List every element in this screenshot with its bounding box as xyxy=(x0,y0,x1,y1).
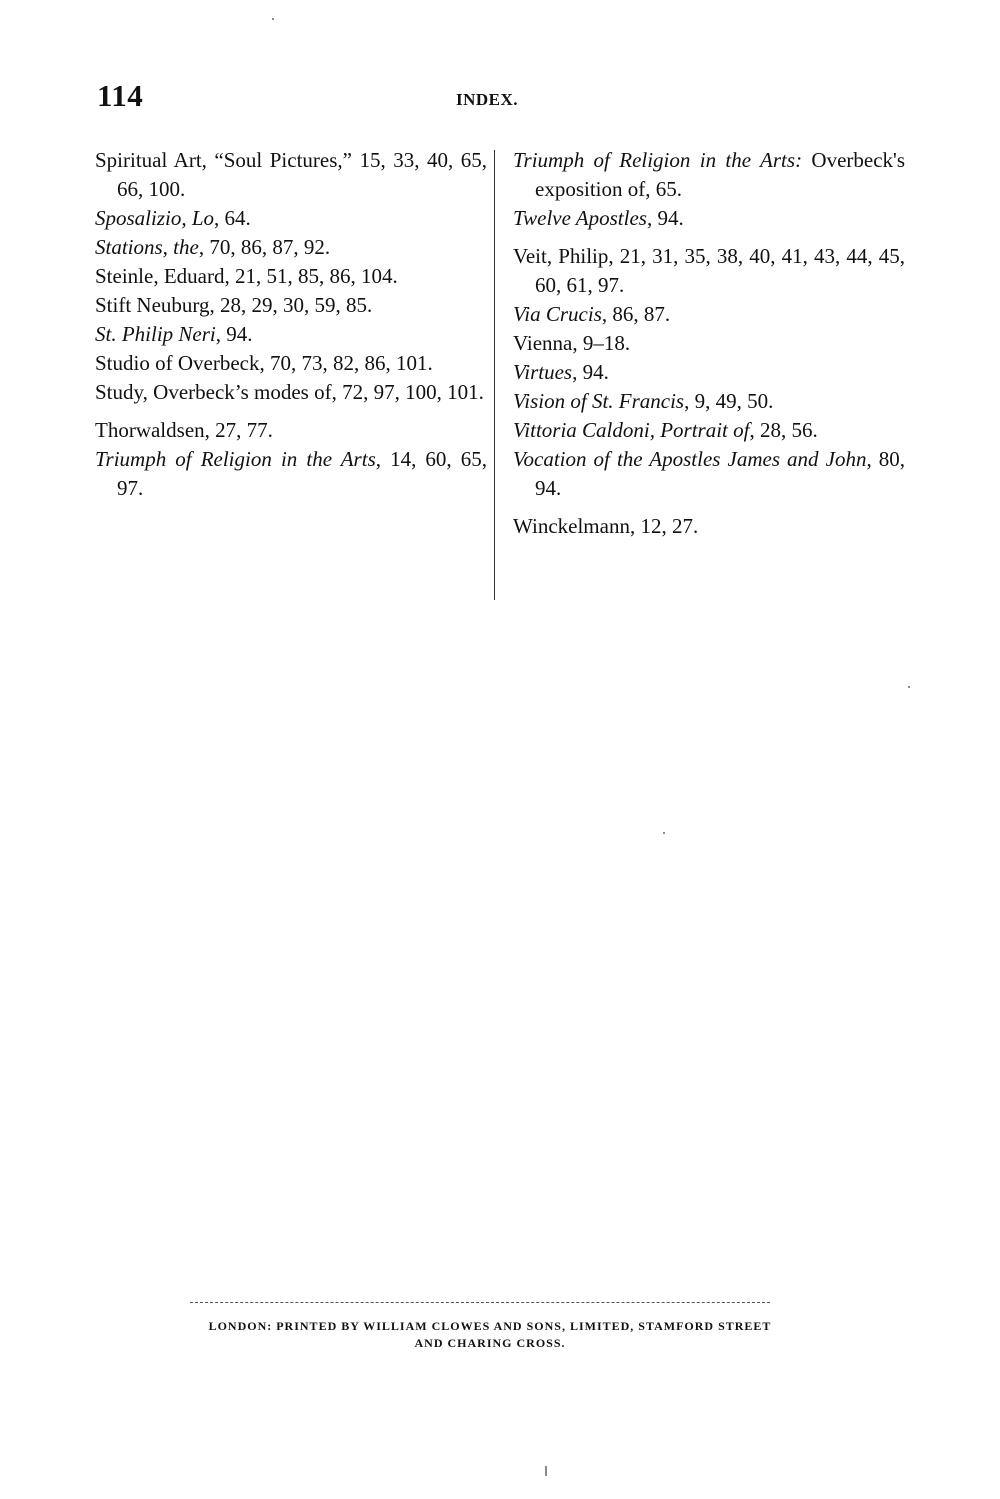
entry-head: Veit, Philip, xyxy=(513,244,614,268)
entry-refs: , 94. xyxy=(572,360,609,384)
imprint-line: LONDON: PRINTED BY WILLIAM CLOWES AND SO… xyxy=(100,1318,880,1335)
entry-head: Thorwaldsen, xyxy=(95,418,210,442)
entry-head: Vocation of the Apostles James and John xyxy=(513,447,866,471)
index-entry: Thorwaldsen, 27, 77. xyxy=(95,416,487,445)
entry-head: Stations, the xyxy=(95,235,199,259)
entry-head: Virtues xyxy=(513,360,572,384)
running-head: INDEX. xyxy=(456,90,518,110)
index-entry: Spiritual Art, “Soul Pictures,” 15, 33, … xyxy=(95,146,487,204)
entry-refs: , 86, 87. xyxy=(602,302,670,326)
index-entry: St. Philip Neri, 94. xyxy=(95,320,487,349)
footer-rule xyxy=(190,1302,770,1304)
entry-refs: , 64. xyxy=(214,206,251,230)
scan-speck xyxy=(272,18,274,20)
entry-head: Twelve Apostles xyxy=(513,206,647,230)
entry-head: Triumph of Religion in the Arts: xyxy=(513,148,802,172)
index-entry: Triumph of Religion in the Arts, 14, 60,… xyxy=(95,445,487,503)
entry-head: Vittoria Caldoni, Portrait of xyxy=(513,418,749,442)
entry-refs: 72, 97, 100, 101. xyxy=(337,380,484,404)
column-divider xyxy=(494,150,495,600)
entry-head: Vision of St. Francis xyxy=(513,389,684,413)
index-entry: Triumph of Religion in the Arts: Overbec… xyxy=(513,146,905,204)
entry-refs: 27, 77. xyxy=(210,418,273,442)
entry-head: Spiritual Art, “Soul Pictures,” xyxy=(95,148,352,172)
entry-refs: , 9, 49, 50. xyxy=(684,389,773,413)
index-entry: Study, Overbeck’s modes of, 72, 97, 100,… xyxy=(95,378,487,407)
index-entry: Virtues, 94. xyxy=(513,358,905,387)
index-entry: Veit, Philip, 21, 31, 35, 38, 40, 41, 43… xyxy=(513,242,905,300)
imprint-line: AND CHARING CROSS. xyxy=(100,1335,880,1352)
index-column-left: Spiritual Art, “Soul Pictures,” 15, 33, … xyxy=(95,146,487,503)
entry-refs: 70, 73, 82, 86, 101. xyxy=(265,351,433,375)
index-entry: Studio of Overbeck, 70, 73, 82, 86, 101. xyxy=(95,349,487,378)
index-entry: Sposalizio, Lo, 64. xyxy=(95,204,487,233)
entry-refs: , 28, 56. xyxy=(749,418,817,442)
index-entry: Vittoria Caldoni, Portrait of, 28, 56. xyxy=(513,416,905,445)
entry-refs: , 94. xyxy=(216,322,253,346)
entry-head: Vienna, xyxy=(513,331,578,355)
entry-head: Steinle, Eduard, xyxy=(95,264,230,288)
page-number: 114 xyxy=(97,78,143,114)
entry-refs: 9–18. xyxy=(578,331,631,355)
entry-head: Sposalizio, Lo xyxy=(95,206,214,230)
entry-head: Study, Overbeck’s modes of, xyxy=(95,380,337,404)
entry-head: Winckelmann, xyxy=(513,514,635,538)
entry-head: Stift Neuburg, xyxy=(95,293,215,317)
index-entry: Winckelmann, 12, 27. xyxy=(513,512,905,541)
scan-speck xyxy=(908,686,910,688)
index-entry: Twelve Apostles, 94. xyxy=(513,204,905,233)
entry-refs: 12, 27. xyxy=(635,514,698,538)
printer-imprint: LONDON: PRINTED BY WILLIAM CLOWES AND SO… xyxy=(100,1318,880,1352)
index-column-right: Triumph of Religion in the Arts: Overbec… xyxy=(513,146,905,541)
entry-refs: 21, 51, 85, 86, 104. xyxy=(230,264,398,288)
index-entry: Via Crucis, 86, 87. xyxy=(513,300,905,329)
entry-head: St. Philip Neri xyxy=(95,322,216,346)
index-entry: Vision of St. Francis, 9, 49, 50. xyxy=(513,387,905,416)
entry-head: Via Crucis xyxy=(513,302,602,326)
index-entry: Stift Neuburg, 28, 29, 30, 59, 85. xyxy=(95,291,487,320)
entry-head: Studio of Overbeck, xyxy=(95,351,265,375)
index-entry: Vienna, 9–18. xyxy=(513,329,905,358)
index-entry: Stations, the, 70, 86, 87, 92. xyxy=(95,233,487,262)
scan-speck xyxy=(545,1466,547,1476)
entry-refs: 28, 29, 30, 59, 85. xyxy=(215,293,373,317)
index-entry: Steinle, Eduard, 21, 51, 85, 86, 104. xyxy=(95,262,487,291)
entry-refs: , 94. xyxy=(647,206,684,230)
index-entry: Vocation of the Apostles James and John,… xyxy=(513,445,905,503)
entry-head: Triumph of Religion in the Arts xyxy=(95,447,376,471)
entry-refs: , 70, 86, 87, 92. xyxy=(199,235,330,259)
scan-speck xyxy=(663,832,665,834)
